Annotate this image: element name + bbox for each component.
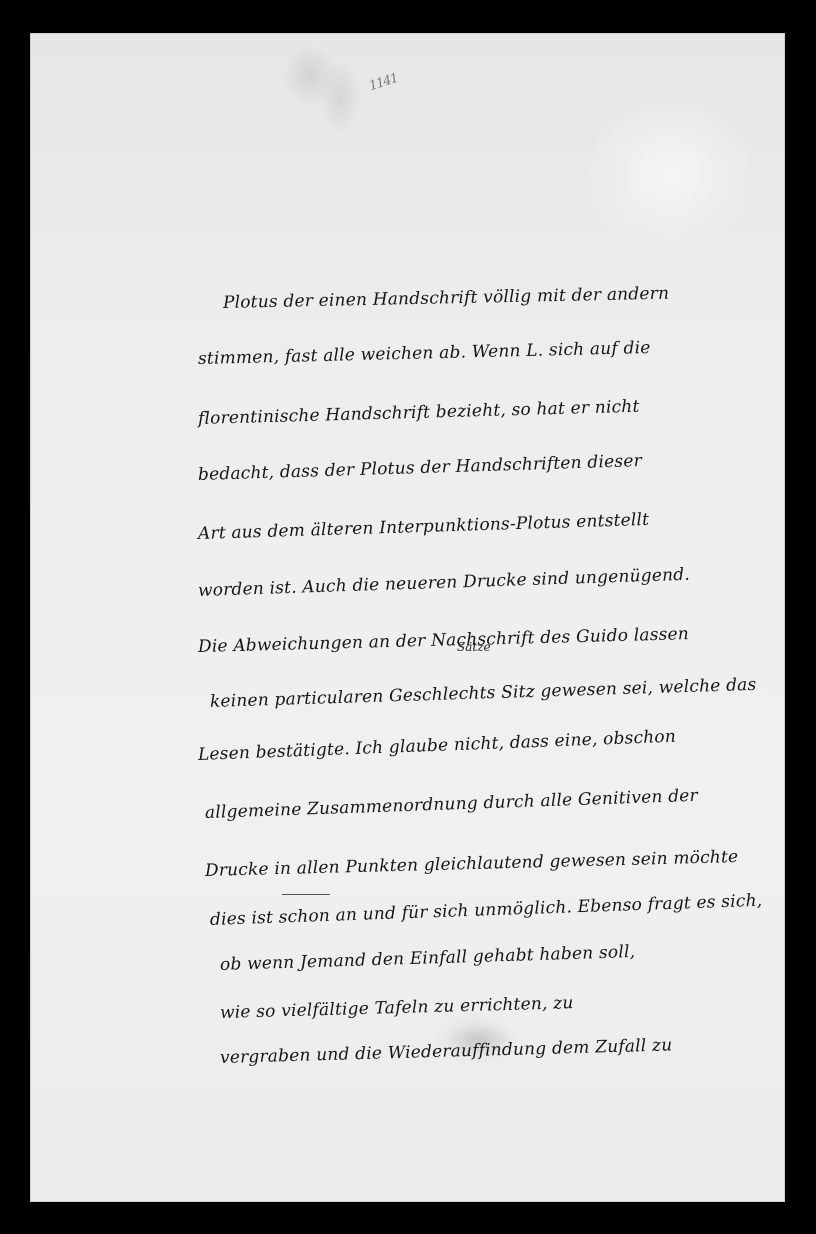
interlinear-insertion: Sätze	[457, 640, 491, 654]
folio-number: 1141	[367, 71, 399, 94]
manuscript-page: 1141 Plotus der einen Handschrift völlig…	[30, 33, 785, 1202]
text-line-2: stimmen, fast alle weichen ab. Wenn L. s…	[198, 338, 651, 369]
text-line-9: Lesen bestätigte. Ich glaube nicht, dass…	[198, 727, 677, 765]
underline-mark	[282, 894, 330, 895]
text-line-10: allgemeine Zusammenordnung durch alle Ge…	[205, 786, 699, 823]
text-line-14: wie so vielfältige Tafeln zu errichten, …	[220, 993, 574, 1023]
text-line-7: Die Abweichungen an der Nachschrift des …	[198, 624, 689, 657]
text-line-4: bedacht, dass der Plotus der Handschrift…	[198, 451, 643, 485]
text-line-11: Drucke in allen Punkten gleichlautend ge…	[205, 847, 739, 881]
text-line-13: ob wenn Jemand den Einfall gehabt haben …	[220, 942, 636, 975]
text-line-5: Art aus dem älteren Interpunktions-Plotu…	[198, 510, 650, 544]
text-line-1: Plotus der einen Handschrift völlig mit …	[223, 284, 670, 313]
text-line-3: florentinische Handschrift bezieht, so h…	[198, 397, 640, 429]
text-line-12: dies ist schon an und für sich unmöglich…	[210, 891, 763, 930]
text-line-8: keinen particularen Geschlechts Sitz gew…	[210, 675, 757, 712]
text-line-6: worden ist. Auch die neueren Drucke sind…	[198, 565, 691, 601]
